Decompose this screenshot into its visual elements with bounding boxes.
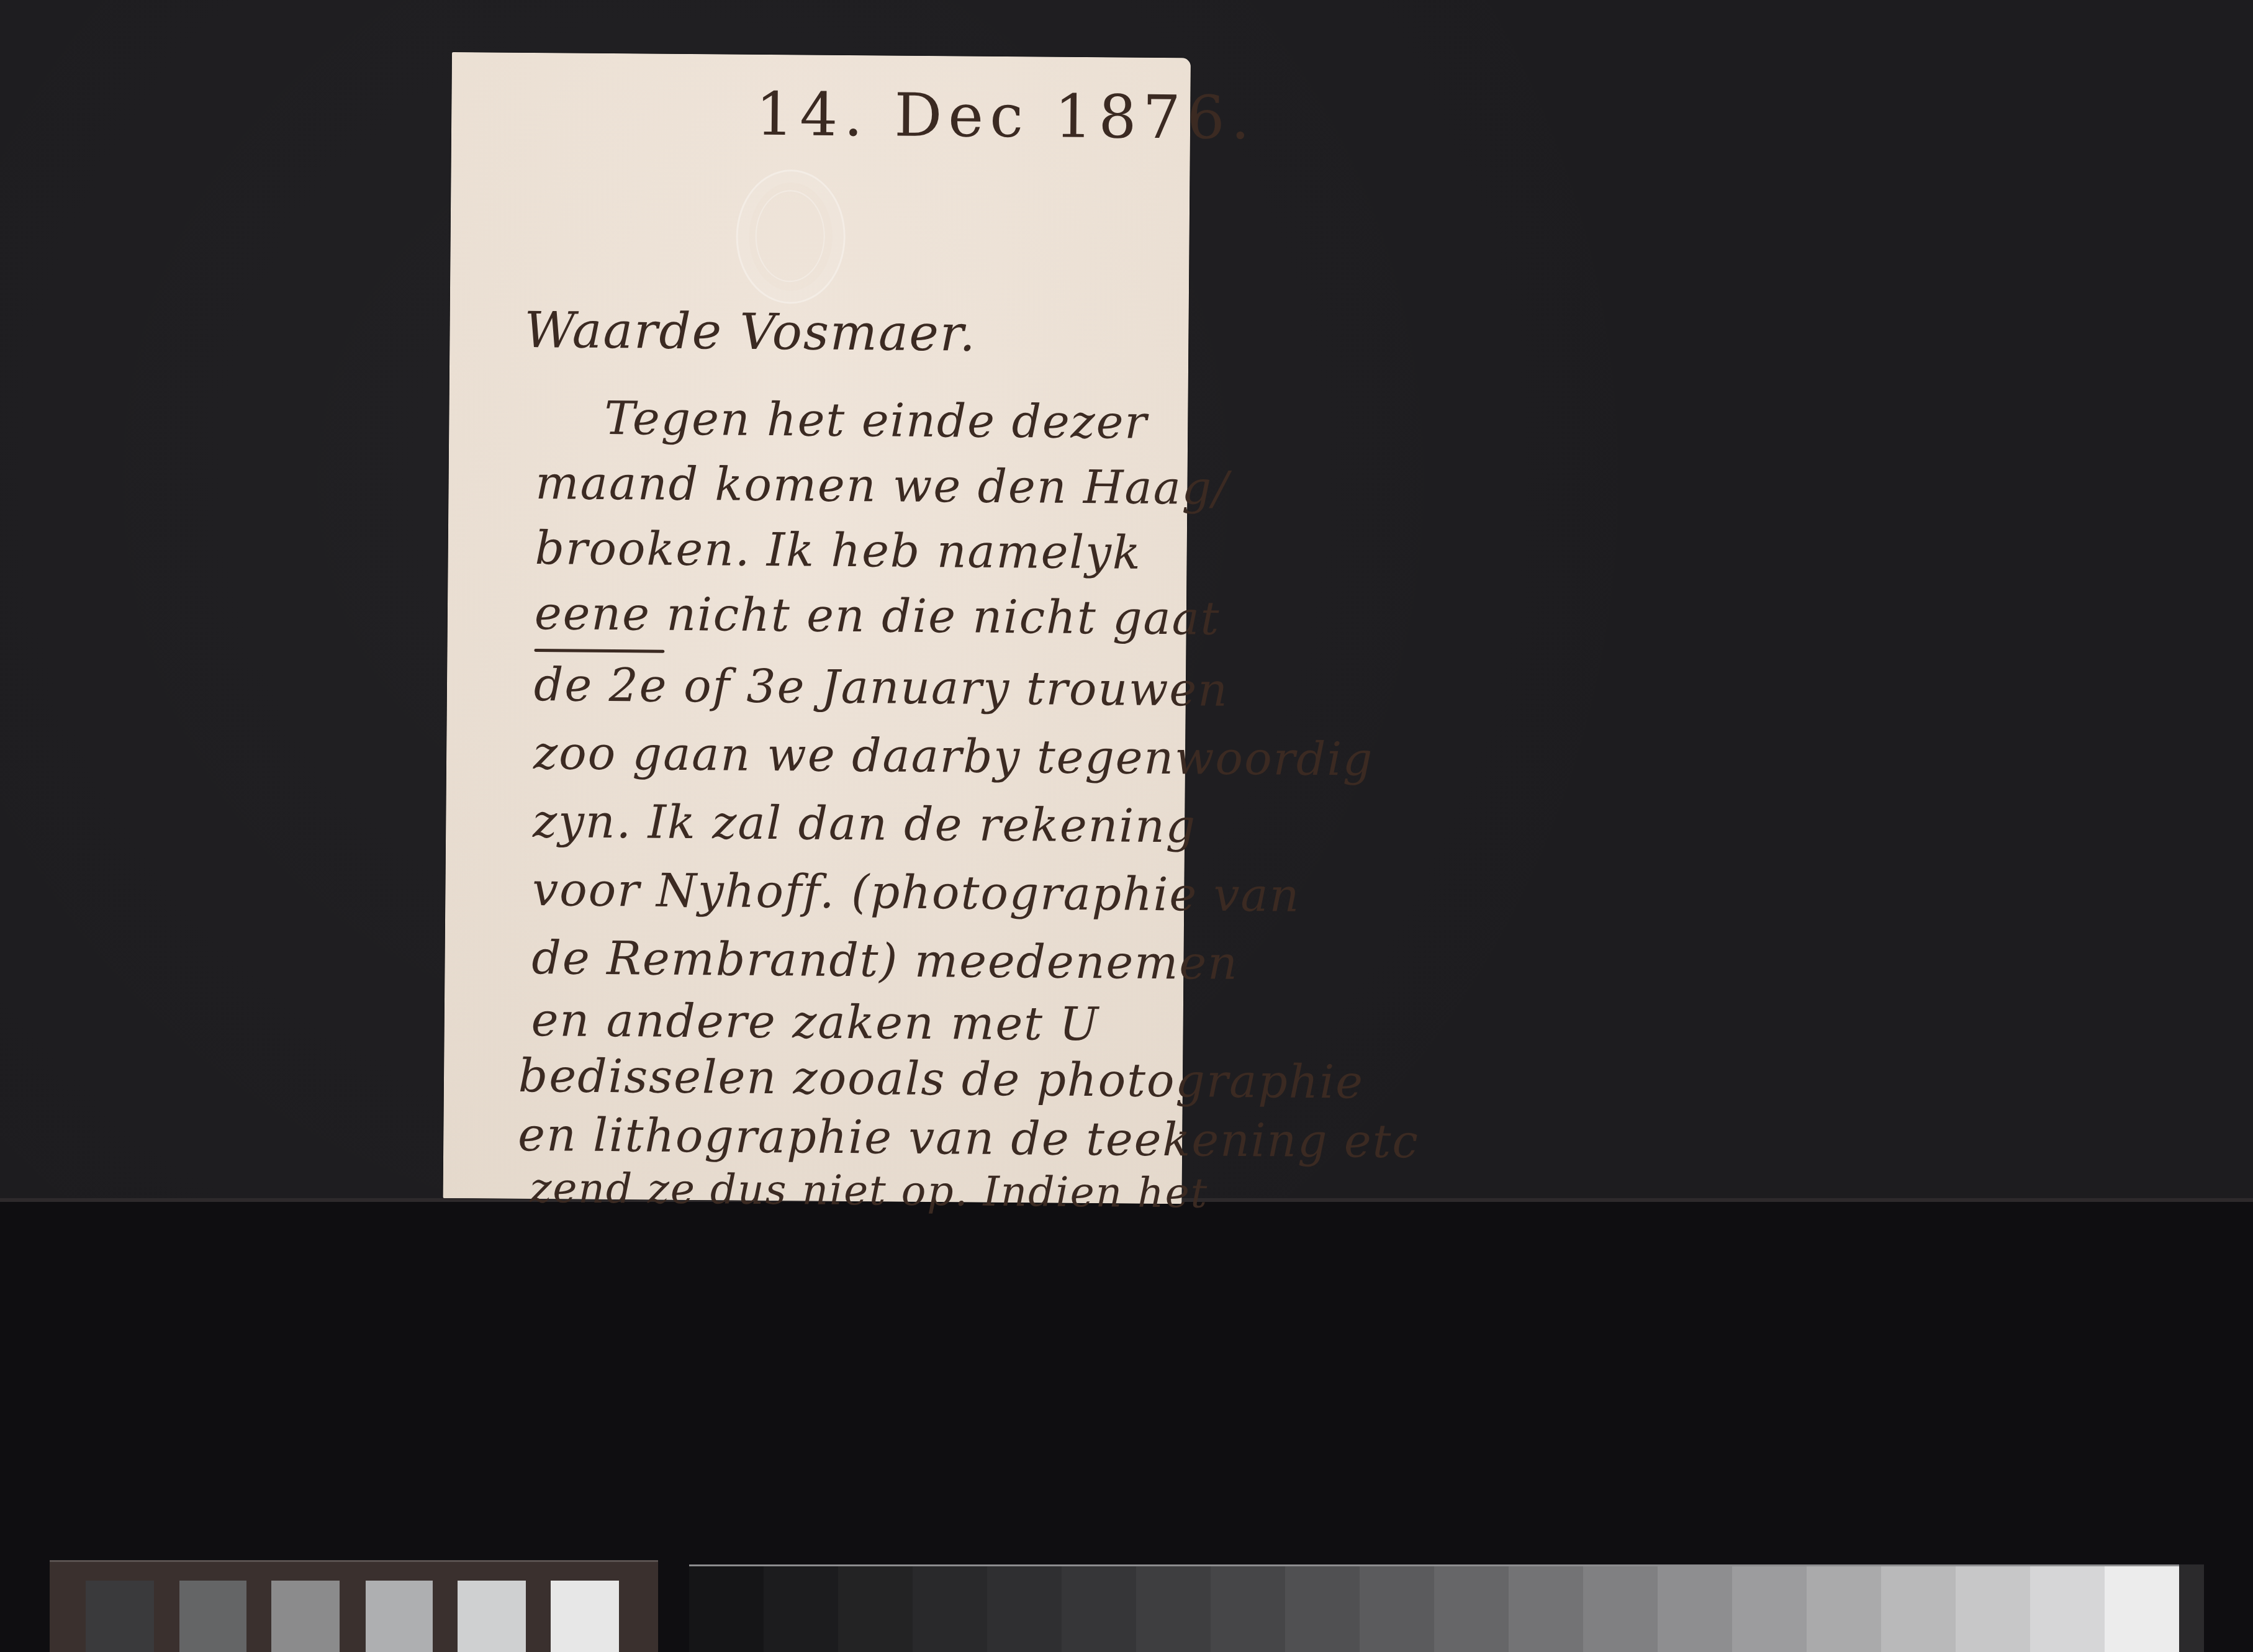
gray-step: [838, 1566, 913, 1652]
gray-step: [1807, 1566, 1881, 1652]
gray-step: [1434, 1566, 1509, 1652]
gray-step: [913, 1566, 987, 1652]
grayscale-step-strip: [689, 1564, 2179, 1652]
gray-step: [2030, 1566, 2105, 1652]
gray-patch: [366, 1581, 433, 1652]
letter-line: en lithographie van de teekening etc: [518, 1108, 1419, 1168]
gray-step: [1956, 1566, 2030, 1652]
gray-step: [1509, 1566, 1583, 1652]
letter-line: voor Nyhoff. (photographie van: [532, 863, 1301, 923]
gray-step: [1062, 1566, 1136, 1652]
gray-step: [1658, 1566, 1732, 1652]
gray-step: [987, 1566, 1062, 1652]
gray-step: [2105, 1566, 2179, 1652]
gray-patch: [271, 1581, 340, 1652]
strip-end-cap: [2179, 1564, 2204, 1652]
letter-line: en andere zaken met U: [531, 993, 1099, 1051]
gray-step: [1211, 1566, 1285, 1652]
letter-line: bedisselen zooals de photographie: [518, 1049, 1365, 1109]
gray-step: [1881, 1566, 1956, 1652]
seal-portrait: [755, 190, 825, 282]
gray-step: [764, 1566, 838, 1652]
letter-date: 14. Dec 1876.: [756, 79, 1257, 153]
letter-line: Tegen het einde dezer: [604, 392, 1148, 449]
gray-patch: [458, 1581, 526, 1652]
letter-line: zyn. Ik zal dan de rekening: [533, 795, 1197, 853]
gray-step: [1136, 1566, 1211, 1652]
gray-patch: [86, 1581, 154, 1652]
gray-step: [1285, 1566, 1360, 1652]
gray-step: [1732, 1566, 1807, 1652]
letter-sheet: 14. Dec 1876. Waarde Vosmaer. Tegen het …: [443, 52, 1191, 1204]
gray-step: [1583, 1566, 1658, 1652]
gray-patch: [179, 1581, 246, 1652]
letter-line: brooken. Ik heb namelyk: [535, 521, 1142, 580]
letter-line: zoo gaan we daarby tegenwoordig: [533, 726, 1374, 787]
letter-salutation: Waarde Vosmaer.: [524, 301, 977, 363]
letter-line: eene nicht en die nicht gaat: [535, 587, 1221, 646]
embossed-seal-icon: [736, 169, 846, 304]
gray-patch: [551, 1581, 619, 1652]
underline-eene: [534, 649, 664, 653]
letter-line: de Rembrandt) meedenemen: [531, 931, 1239, 990]
letter-line: zend ze dus niet op. Indien het: [530, 1164, 1208, 1217]
gray-step: [689, 1566, 764, 1652]
letter-line: de 2e of 3e January trouwen: [534, 658, 1229, 717]
letter-line: maand komen we den Haag/: [535, 456, 1229, 515]
gray-step: [1360, 1566, 1434, 1652]
grayscale-patch-card: [50, 1560, 658, 1652]
